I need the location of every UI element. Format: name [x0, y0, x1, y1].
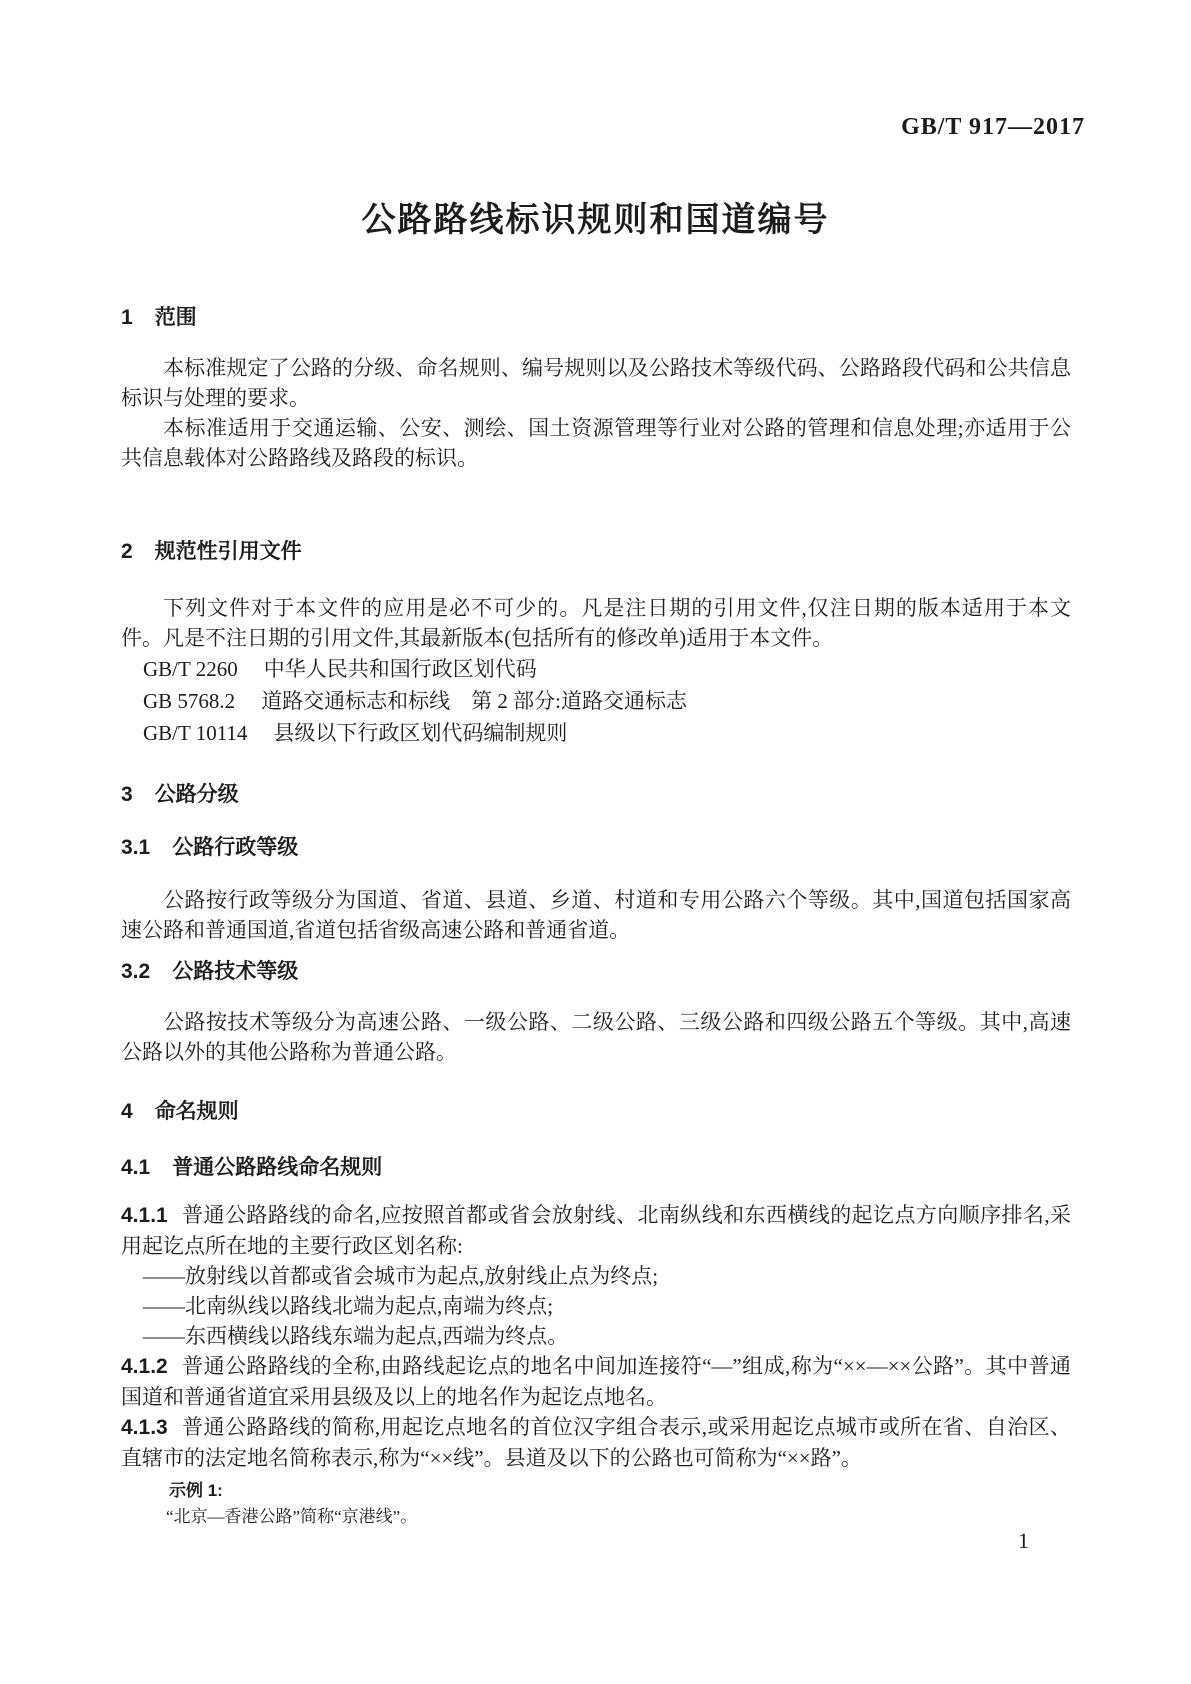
- clause-4-1-2: 4.1.2普通公路路线的全称,由路线起讫点的地名中间加连接符“—”组成,称为“×…: [121, 1351, 1071, 1412]
- section-1-heading: 1范围: [121, 303, 1071, 333]
- clause-text: 普通公路路线的全称,由路线起讫点的地名中间加连接符“—”组成,称为“××—××公…: [121, 1354, 1071, 1409]
- section-4-1-heading: 4.1普通公路路线命名规则: [121, 1153, 1071, 1183]
- clause-number: 4.1.2: [121, 1355, 168, 1378]
- section-3-2-paragraph: 公路按技术等级分为高速公路、一级公路、二级公路、三级公路和四级公路五个等级。其中…: [121, 1007, 1071, 1067]
- section-1-paragraph-2: 本标准适用于交通运输、公安、测绘、国土资源管理等行业对公路的管理和信息处理;亦适…: [121, 413, 1071, 473]
- document-title: 公路路线标识规则和国道编号: [0, 198, 1191, 242]
- reference-item: GB/T 10114县级以下行政区划代码编制规则: [121, 717, 1071, 749]
- example-label: 示例 1:: [121, 1478, 1071, 1504]
- reference-item: GB/T 2260中华人民共和国行政区划代码: [121, 653, 1071, 685]
- section-3-2-heading: 3.2公路技术等级: [121, 957, 1071, 987]
- clause-text: 普通公路路线的命名,应按照首都或省会放射线、北南纵线和东西横线的起讫点方向顺序排…: [121, 1203, 1071, 1258]
- reference-item: GB 5768.2道路交通标志和标线 第 2 部分:道路交通标志: [121, 685, 1071, 717]
- reference-code: GB 5768.2: [143, 689, 235, 713]
- section-3-2-number: 3.2: [121, 957, 150, 987]
- section-1-title: 范围: [155, 306, 197, 329]
- clause-4-1-1: 4.1.1普通公路路线的命名,应按照首都或省会放射线、北南纵线和东西横线的起讫点…: [121, 1200, 1071, 1261]
- section-2-title: 规范性引用文件: [155, 540, 302, 563]
- section-3-1-paragraph: 公路按行政等级分为国道、省道、县道、乡道、村道和专用公路六个等级。其中,国道包括…: [121, 885, 1071, 945]
- section-3-2-title: 公路技术等级: [172, 960, 298, 983]
- dash-list-item: ——东西横线以路线东端为起点,西端为终点。: [121, 1321, 1071, 1351]
- clause-number: 4.1.1: [121, 1204, 168, 1227]
- section-4-title: 命名规则: [155, 1100, 239, 1123]
- section-2-heading: 2规范性引用文件: [121, 537, 1071, 567]
- section-2-paragraph-1: 下列文件对于本文件的应用是必不可少的。凡是注日期的引用文件,仅注日期的版本适用于…: [121, 593, 1071, 653]
- section-3-1-heading: 3.1公路行政等级: [121, 833, 1071, 863]
- section-3-1-number: 3.1: [121, 833, 150, 863]
- document-body: 1范围 本标准规定了公路的分级、命名规则、编号规则以及公路技术等级代码、公路路段…: [121, 303, 1071, 1530]
- reference-code: GB/T 2260: [143, 657, 238, 681]
- reference-code: GB/T 10114: [143, 721, 247, 745]
- dash-list-item: ——北南纵线以路线北端为起点,南端为终点;: [121, 1291, 1071, 1321]
- section-2-number: 2: [121, 537, 133, 567]
- clause-4-1-3: 4.1.3普通公路路线的简称,用起讫点地名的首位汉字组合表示,或采用起讫点城市或…: [121, 1412, 1071, 1473]
- section-3-1-title: 公路行政等级: [172, 836, 298, 859]
- document-page: GB/T 917—2017 公路路线标识规则和国道编号 1范围 本标准规定了公路…: [0, 0, 1191, 1684]
- section-4-1-number: 4.1: [121, 1153, 150, 1183]
- example-text: “北京—香港公路”简称“京港线”。: [121, 1504, 1071, 1530]
- standard-number: GB/T 917—2017: [0, 112, 1085, 142]
- section-3-number: 3: [121, 780, 133, 810]
- section-1-paragraph-1: 本标准规定了公路的分级、命名规则、编号规则以及公路技术等级代码、公路路段代码和公…: [121, 353, 1071, 413]
- section-4-heading: 4命名规则: [121, 1097, 1071, 1127]
- section-1-number: 1: [121, 303, 133, 333]
- page-number: 1: [1018, 1528, 1029, 1554]
- dash-list-item: ——放射线以首都或省会城市为起点,放射线止点为终点;: [121, 1261, 1071, 1291]
- section-3-heading: 3公路分级: [121, 780, 1071, 810]
- clause-text: 普通公路路线的简称,用起讫点地名的首位汉字组合表示,或采用起讫点城市或所在省、自…: [121, 1415, 1071, 1470]
- section-3-title: 公路分级: [155, 783, 239, 806]
- clause-number: 4.1.3: [121, 1416, 168, 1439]
- reference-title: 道路交通标志和标线 第 2 部分:道路交通标志: [261, 689, 687, 713]
- section-4-1-title: 普通公路路线命名规则: [172, 1156, 382, 1179]
- reference-title: 中华人民共和国行政区划代码: [264, 657, 537, 681]
- reference-title: 县级以下行政区划代码编制规则: [273, 721, 567, 745]
- section-4-number: 4: [121, 1097, 133, 1127]
